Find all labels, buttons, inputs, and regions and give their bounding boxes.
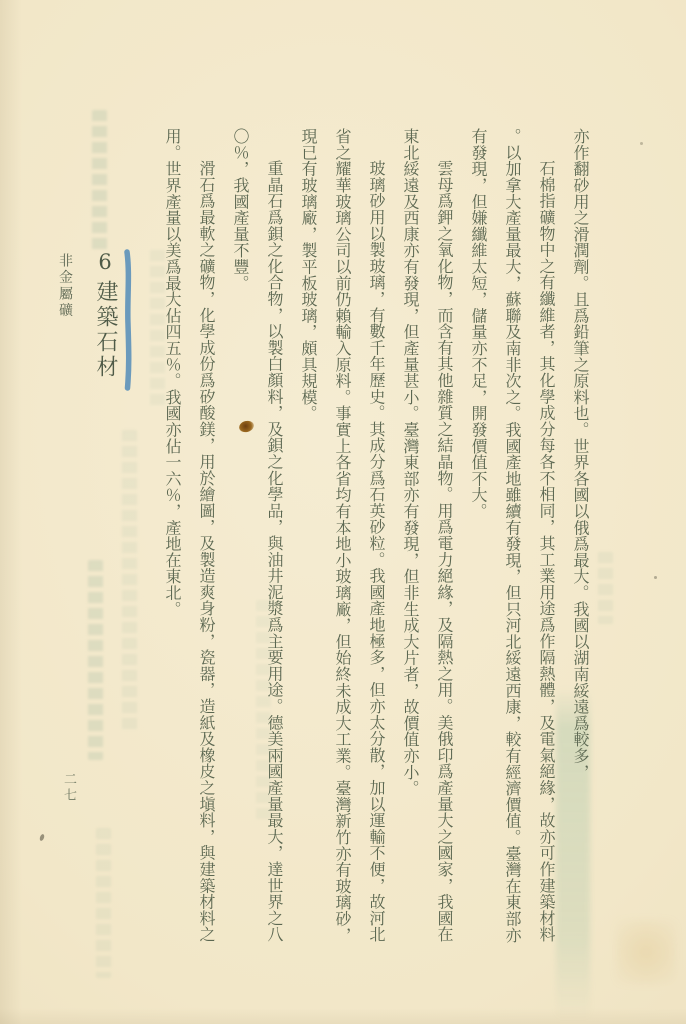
page-number: 二七: [59, 772, 78, 804]
page-edge-shading: [0, 0, 22, 1024]
bleedthrough-ghost-text: [92, 110, 107, 250]
paragraph: 滑石爲最軟之礦物，化學成份爲矽酸鎂，用於繪圖，及製造爽身粉，瓷器，造紙及橡皮之塡…: [155, 128, 223, 946]
bleedthrough-ghost-text: [88, 560, 103, 760]
paragraph: 玻璃砂用以製玻璃，有數千年歷史。其成分爲石英砂粒。我國產地極多，但亦太分散，加以…: [291, 128, 393, 946]
section-number: 6: [93, 250, 117, 277]
paper-speck: [640, 142, 643, 145]
pen-mark-line: [118, 246, 138, 396]
section-heading: 6建築石材: [90, 250, 121, 380]
paragraph: 亦作翻砂用之滑潤劑。且爲鉛筆之原料也。世界各國以俄爲最大。我國以湖南綏遠爲較多，: [563, 128, 597, 946]
paragraph: 重晶石爲鋇之化合物，以製白顏料，及鋇之化學品，與油井泥漿爲主要用途。德美兩國產量…: [223, 128, 291, 946]
scanned-page: { "document": { "heading": { "number": "…: [0, 0, 686, 1024]
paragraph: 雲母爲鉀之氧化物，而含有其他雜質之結晶物。用爲電力絕緣，及隔熱之用。美俄印爲產量…: [393, 128, 461, 946]
bleedthrough-ghost-text: [598, 552, 613, 624]
section-title: 建築石材: [93, 280, 118, 380]
stain-spot: [616, 920, 676, 984]
margin-label: 非金屬礦: [55, 253, 75, 319]
paper-speck: [654, 576, 657, 579]
paragraph: 石棉指礦物中之有纖維者，其化學成分每各不相同，其工業用途爲作隔熱體，及電氣絕緣，…: [461, 128, 563, 946]
bleedthrough-ghost-text: [96, 828, 111, 978]
text-block: 亦作翻砂用之滑潤劑。且爲鉛筆之原料也。世界各國以俄爲最大。我國以湖南綏遠爲較多，…: [145, 128, 597, 946]
bleedthrough-ghost-text: [122, 430, 137, 730]
